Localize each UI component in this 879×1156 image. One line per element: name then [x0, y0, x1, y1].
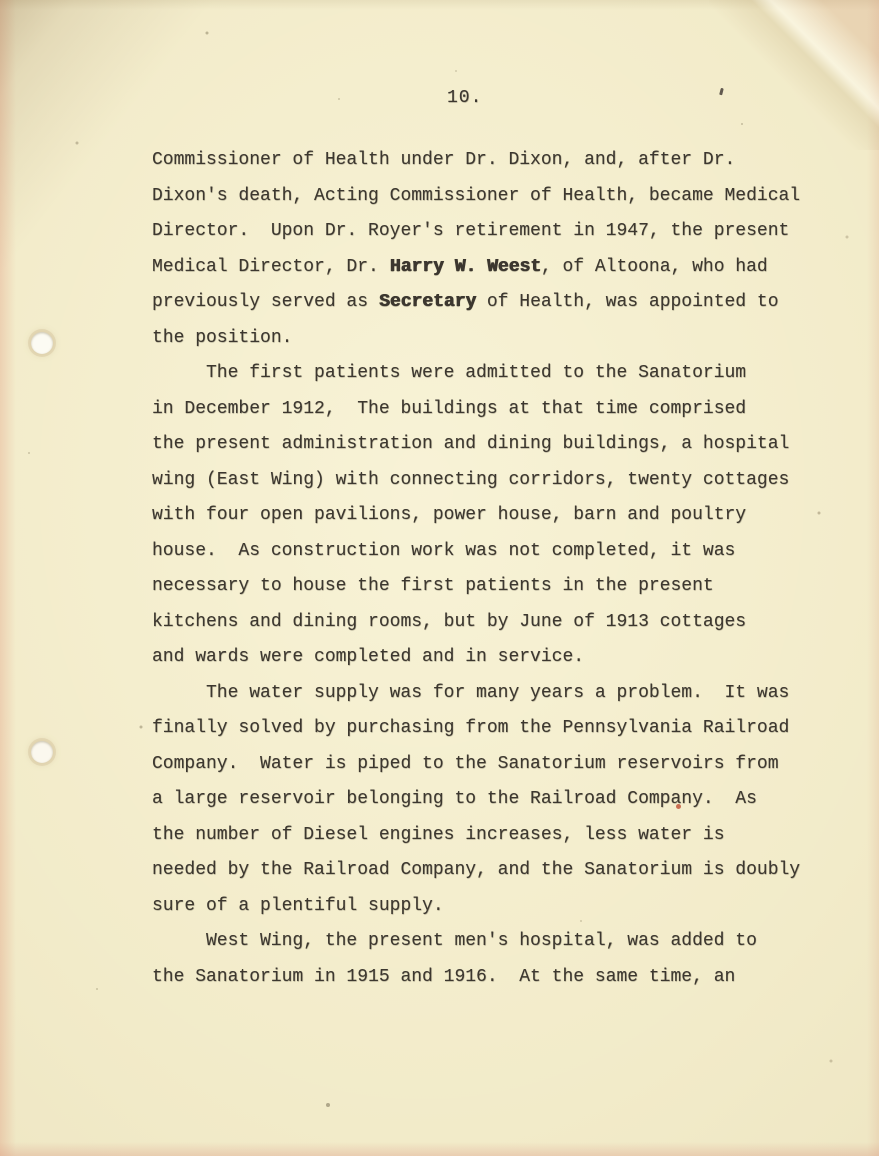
text-segment: needed by the Railroad Company, and the … [152, 860, 800, 880]
text-segment: the number of Diesel engines increases, … [152, 825, 725, 845]
text-line: finally solved by purchasing from the Pe… [152, 711, 832, 747]
text-line: sure of a plentiful supply. [152, 889, 832, 925]
text-line: the number of Diesel engines increases, … [152, 818, 832, 854]
text-line: kitchens and dining rooms, but by June o… [152, 605, 832, 641]
text-segment: , of Altoona, who had [541, 257, 768, 277]
text-line: the present administration and dining bu… [152, 427, 832, 463]
paper-specks [0, 0, 2, 2]
overstruck-text: Secretary [379, 292, 476, 312]
text-segment: previously served as [152, 292, 379, 312]
text-segment: Commissioner of Health under Dr. Dixon, … [152, 150, 735, 170]
text-segment: house. As construction work was not comp… [152, 541, 735, 561]
text-line: in December 1912, The buildings at that … [152, 392, 832, 428]
overstruck-text: Harry W. Weest [390, 257, 541, 277]
scanned-document-page: 10. Commissioner of Health under Dr. Dix… [0, 0, 879, 1156]
text-segment: Director. Upon Dr. Royer's retirement in… [152, 221, 789, 241]
text-segment: The water supply was for many years a pr… [206, 683, 789, 703]
stray-ink-mark [719, 88, 724, 96]
text-body: Commissioner of Health under Dr. Dixon, … [152, 143, 832, 995]
text-line: Commissioner of Health under Dr. Dixon, … [152, 143, 832, 179]
punch-hole [31, 332, 53, 354]
text-segment: necessary to house the first patients in… [152, 576, 714, 596]
text-segment: kitchens and dining rooms, but by June o… [152, 612, 746, 632]
text-segment: finally solved by purchasing from the Pe… [152, 718, 789, 738]
text-line: Dixon's death, Acting Commissioner of He… [152, 179, 832, 215]
text-segment: the position. [152, 328, 292, 348]
page-number: 10. [447, 86, 482, 110]
text-segment: a large reservoir belonging to the Railr… [152, 789, 757, 809]
text-line: house. As construction work was not comp… [152, 534, 832, 570]
text-line: the position. [152, 321, 832, 357]
text-segment: in December 1912, The buildings at that … [152, 399, 746, 419]
text-segment: The first patients were admitted to the … [206, 363, 746, 383]
text-segment: West Wing, the present men's hospital, w… [206, 931, 757, 951]
text-segment: of Health, was appointed to [476, 292, 778, 312]
punch-hole [31, 741, 53, 763]
text-line: wing (East Wing) with connecting corrido… [152, 463, 832, 499]
text-line: with four open pavilions, power house, b… [152, 498, 832, 534]
text-segment: and wards were completed and in service. [152, 647, 584, 667]
text-line: The first patients were admitted to the … [152, 356, 832, 392]
text-line: necessary to house the first patients in… [152, 569, 832, 605]
text-line: West Wing, the present men's hospital, w… [152, 924, 832, 960]
text-line: the Sanatorium in 1915 and 1916. At the … [152, 960, 832, 996]
text-segment: wing (East Wing) with connecting corrido… [152, 470, 789, 490]
text-segment: Medical Director, Dr. [152, 257, 390, 277]
text-line: and wards were completed and in service. [152, 640, 832, 676]
text-line: a large reservoir belonging to the Railr… [152, 782, 832, 818]
text-segment: Company. Water is piped to the Sanatoriu… [152, 754, 779, 774]
page-corner-crease [709, 0, 879, 150]
text-line: Director. Upon Dr. Royer's retirement in… [152, 214, 832, 250]
text-line: previously served as Secretary of Health… [152, 285, 832, 321]
red-ink-speck [676, 804, 681, 809]
text-segment: sure of a plentiful supply. [152, 896, 444, 916]
text-line: Medical Director, Dr. Harry W. Weest, of… [152, 250, 832, 286]
text-line: needed by the Railroad Company, and the … [152, 853, 832, 889]
text-segment: the present administration and dining bu… [152, 434, 789, 454]
text-line: Company. Water is piped to the Sanatoriu… [152, 747, 832, 783]
text-segment: with four open pavilions, power house, b… [152, 505, 746, 525]
text-line: The water supply was for many years a pr… [152, 676, 832, 712]
text-segment: Dixon's death, Acting Commissioner of He… [152, 186, 800, 206]
text-segment: the Sanatorium in 1915 and 1916. At the … [152, 967, 735, 987]
